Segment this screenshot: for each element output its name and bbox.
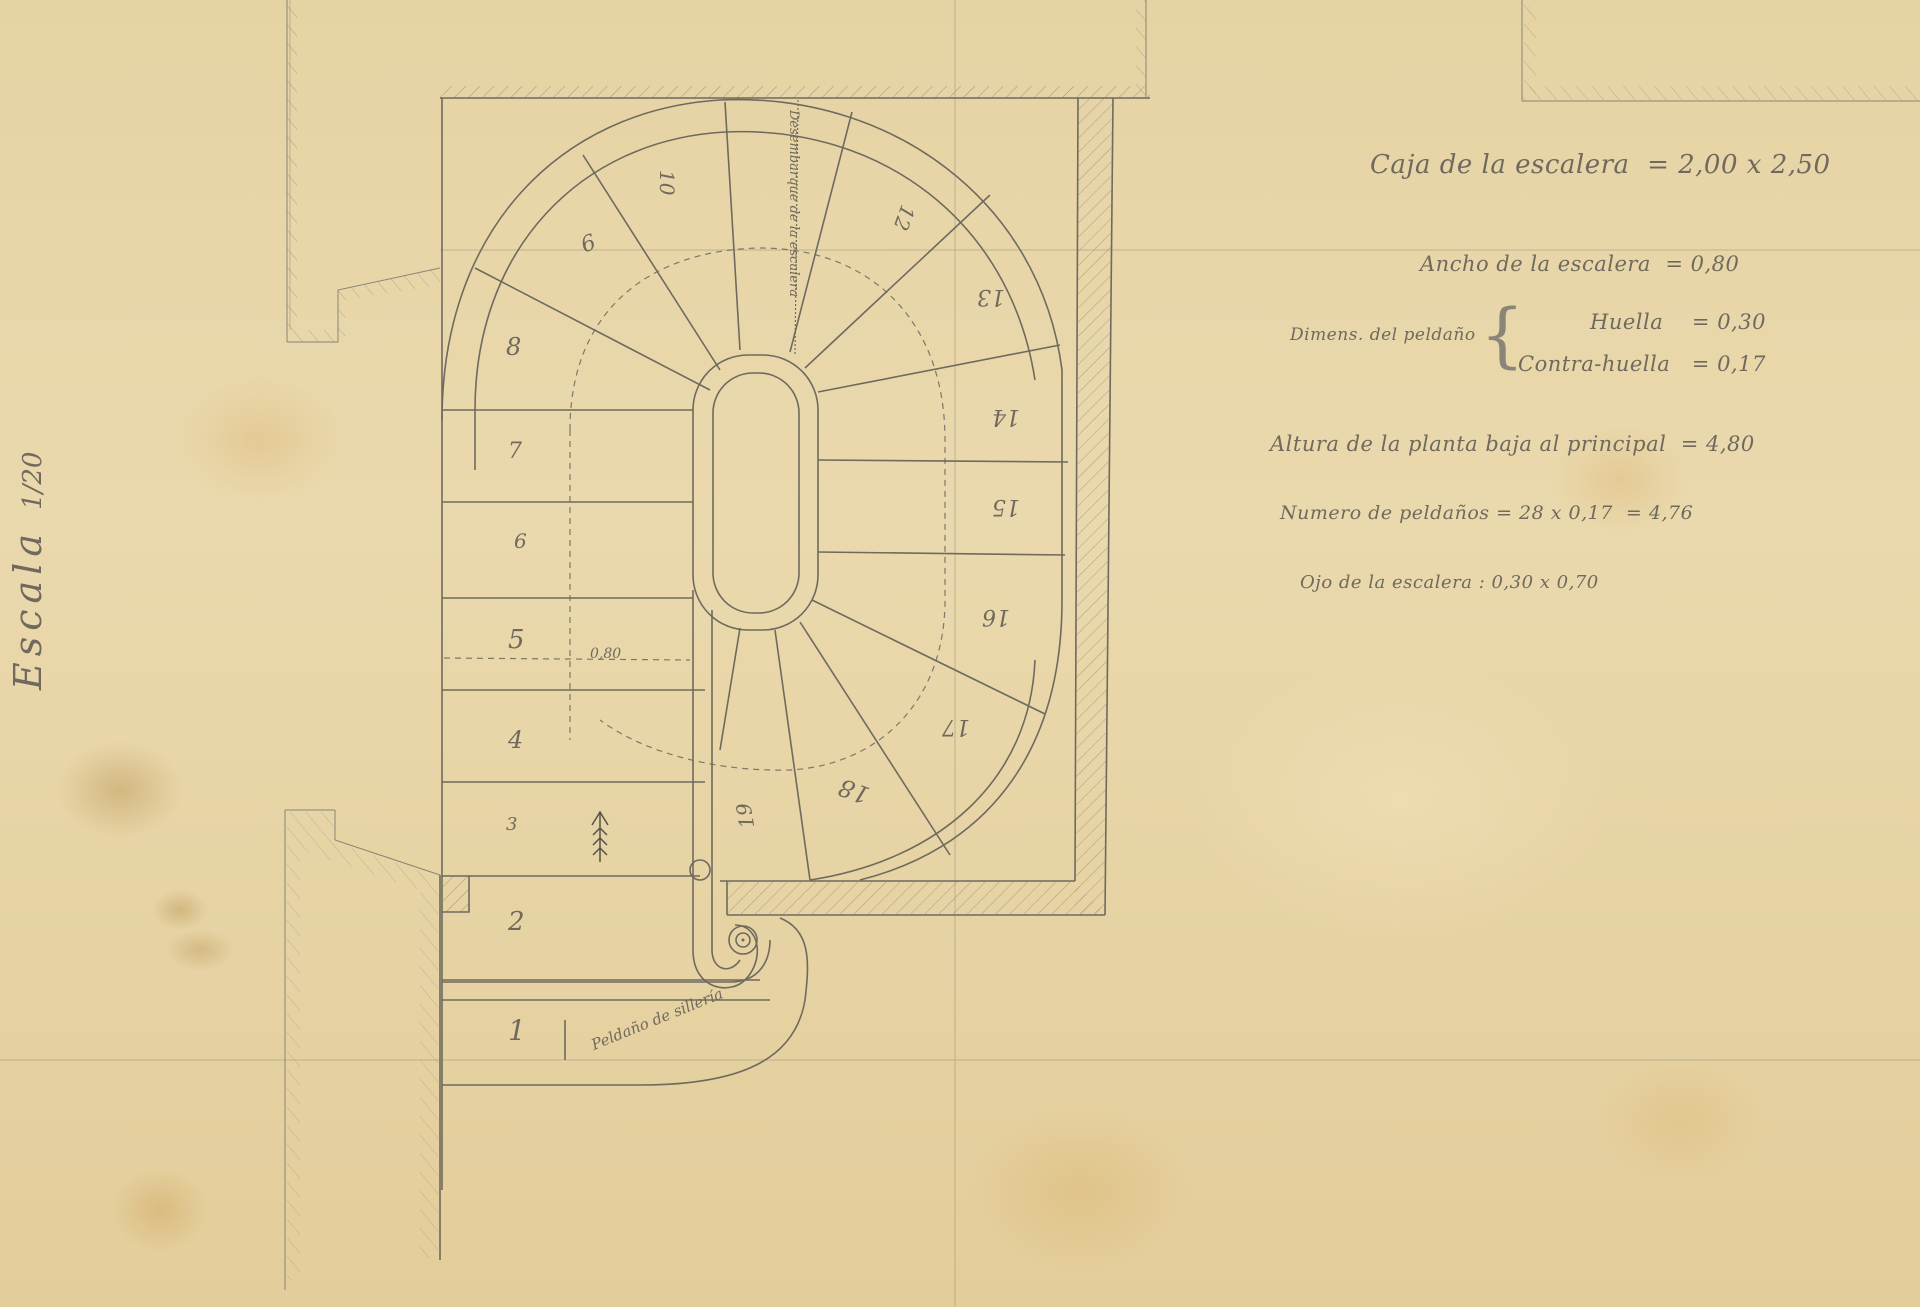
- svg-text:12: 12: [889, 202, 920, 234]
- svg-text:6: 6: [514, 529, 527, 553]
- wall-top: [440, 0, 1150, 98]
- note-altura: Altura de la planta baja al principal = …: [1270, 432, 1755, 456]
- staircase-plan: 0,80 1 2 3 4 5 6 7 8 9 10 12 13 14 15 16…: [0, 0, 1920, 1307]
- width-dimension: 0,80: [444, 646, 690, 662]
- svg-text:0,80: 0,80: [590, 646, 621, 662]
- svg-text:5: 5: [508, 625, 525, 655]
- svg-text:7: 7: [508, 439, 522, 464]
- note-contrahuella: Contra-huella = 0,17: [1518, 352, 1766, 376]
- winder-radials: [475, 102, 1060, 880]
- svg-text:16: 16: [982, 604, 1010, 629]
- note-huella: Huella = 0,30: [1590, 310, 1766, 334]
- landing-label: Desembarque de la escalera: [786, 109, 801, 297]
- svg-text:4: 4: [507, 726, 523, 754]
- svg-text:19: 19: [731, 801, 759, 831]
- up-arrow-icon: [592, 812, 608, 862]
- stone-step-label: Peldaño de sillería: [588, 984, 726, 1054]
- walking-line: [570, 248, 945, 770]
- svg-text:1: 1: [508, 1014, 526, 1047]
- wall-top-right: [1522, 0, 1920, 101]
- svg-text:17: 17: [942, 714, 970, 739]
- note-ojo: Ojo de la escalera : 0,30 x 0,70: [1300, 572, 1599, 593]
- note-caja: Caja de la escalera = 2,00 x 2,50: [1370, 150, 1831, 180]
- right-flight-treads: [812, 460, 1068, 714]
- svg-text:18: 18: [835, 773, 873, 810]
- svg-text:15: 15: [992, 494, 1020, 519]
- wall-upper-left: [287, 0, 440, 342]
- svg-text:10: 10: [655, 170, 679, 196]
- svg-text:9: 9: [577, 227, 599, 255]
- stair-well: [693, 355, 818, 630]
- scale-label: Escala 1/20: [6, 452, 50, 690]
- drawing-sheet: 0,80 1 2 3 4 5 6 7 8 9 10 12 13 14 15 16…: [0, 0, 1920, 1307]
- note-dimensiones-label: Dimens. del peldaño: [1290, 325, 1476, 345]
- svg-text:3: 3: [506, 814, 517, 835]
- outer-string: [442, 100, 1062, 880]
- svg-text:8: 8: [506, 333, 521, 361]
- note-ancho: Ancho de la escalera = 0,80: [1420, 252, 1739, 276]
- svg-text:13: 13: [977, 284, 1005, 309]
- left-flight-treads: [442, 410, 770, 1000]
- handrail: [690, 590, 757, 988]
- svg-text:2: 2: [507, 907, 525, 937]
- note-numero: Numero de peldaños = 28 x 0,17 = 4,76: [1280, 502, 1693, 524]
- svg-text:14: 14: [992, 404, 1020, 429]
